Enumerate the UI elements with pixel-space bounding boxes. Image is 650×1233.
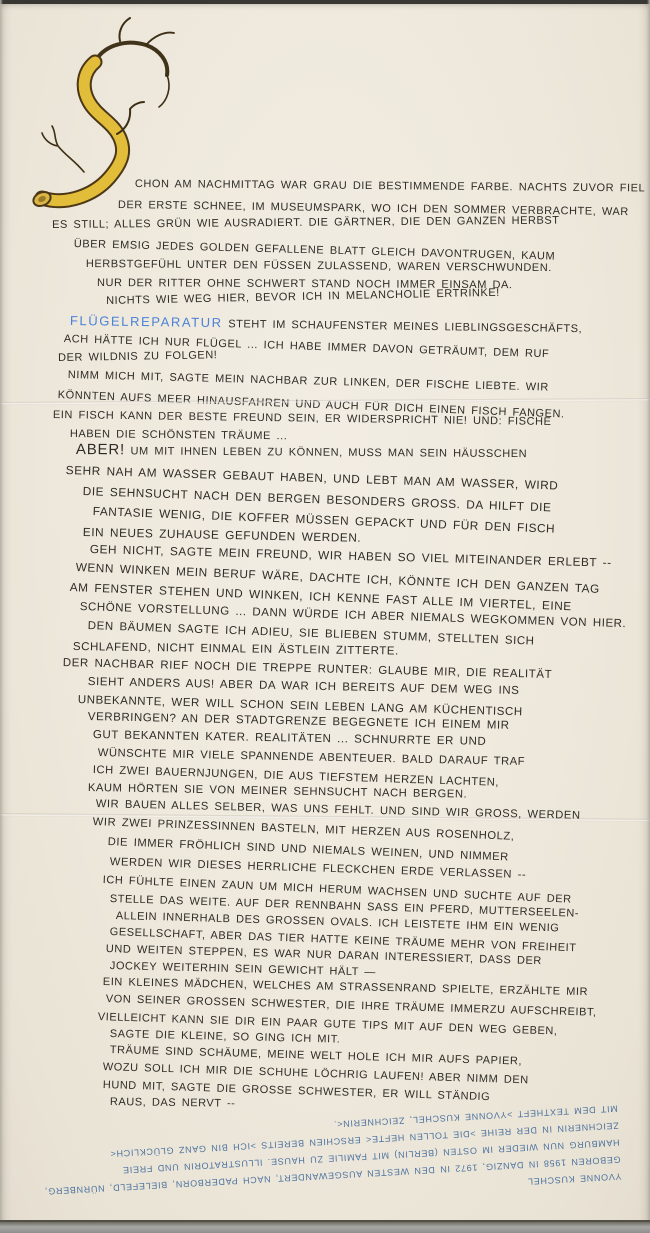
- branch-top-twig: [95, 43, 167, 75]
- author-credits-upside-down: YVONNE KUSCHELGEBOREN 1958 IN DANZIG, 19…: [26, 1100, 622, 1218]
- twig-icon: [146, 33, 174, 45]
- text-line: SCHLAFEND, NICHT EINMAL EIN ÄSTLEIN ZITT…: [73, 641, 399, 659]
- highlighted-word: FLÜGELREPARATUR: [70, 313, 223, 330]
- twig-icon: [42, 126, 84, 172]
- text-line: FLÜGELREPARATUR STEHT IM SCHAUFENSTER ME…: [70, 314, 582, 336]
- text-segment: UM MIT IHNEN LEBEN ZU KÖNNEN, MUSS MAN S…: [125, 445, 527, 460]
- text-line: DER WILDNIS ZU FOLGEN!: [58, 349, 217, 365]
- text-line: HERBSTGEFÜHL UNTER DEN FÜSSEN ZULASSEND,…: [86, 258, 552, 275]
- text-segment: ABER!: [76, 441, 125, 458]
- text-line: CHON AM NACHMITTAG WAR GRAU DIE BESTIMME…: [135, 178, 645, 195]
- scan-edge-bottom: [0, 1220, 650, 1233]
- scan-edge-top: [0, 0, 650, 4]
- text-segment: STEHT IM SCHAUFENSTER MEINES LIEBLINGSGE…: [223, 318, 583, 335]
- text-line: GUT BEKANNTEN KATER. REALITÄTEN ... SCHN…: [93, 729, 487, 749]
- scan-edge-left: [0, 0, 3, 1233]
- text-line: ABER! UM MIT IHNEN LEBEN ZU KÖNNEN, MUSS…: [76, 443, 527, 461]
- letter-page: CHON AM NACHMITTAG WAR GRAU DIE BESTIMME…: [0, 0, 650, 1233]
- twig-icon: [159, 75, 169, 107]
- twig-icon: [119, 18, 130, 41]
- text-line: RAUS, DAS NERVT --: [110, 1096, 236, 1111]
- text-line: SAGTE DIE KLEINE, SO GING ICH MIT.: [110, 1028, 341, 1047]
- text-line: NIMM MICH MIT, SAGTE MEIN NACHBAR ZUR LI…: [68, 369, 549, 395]
